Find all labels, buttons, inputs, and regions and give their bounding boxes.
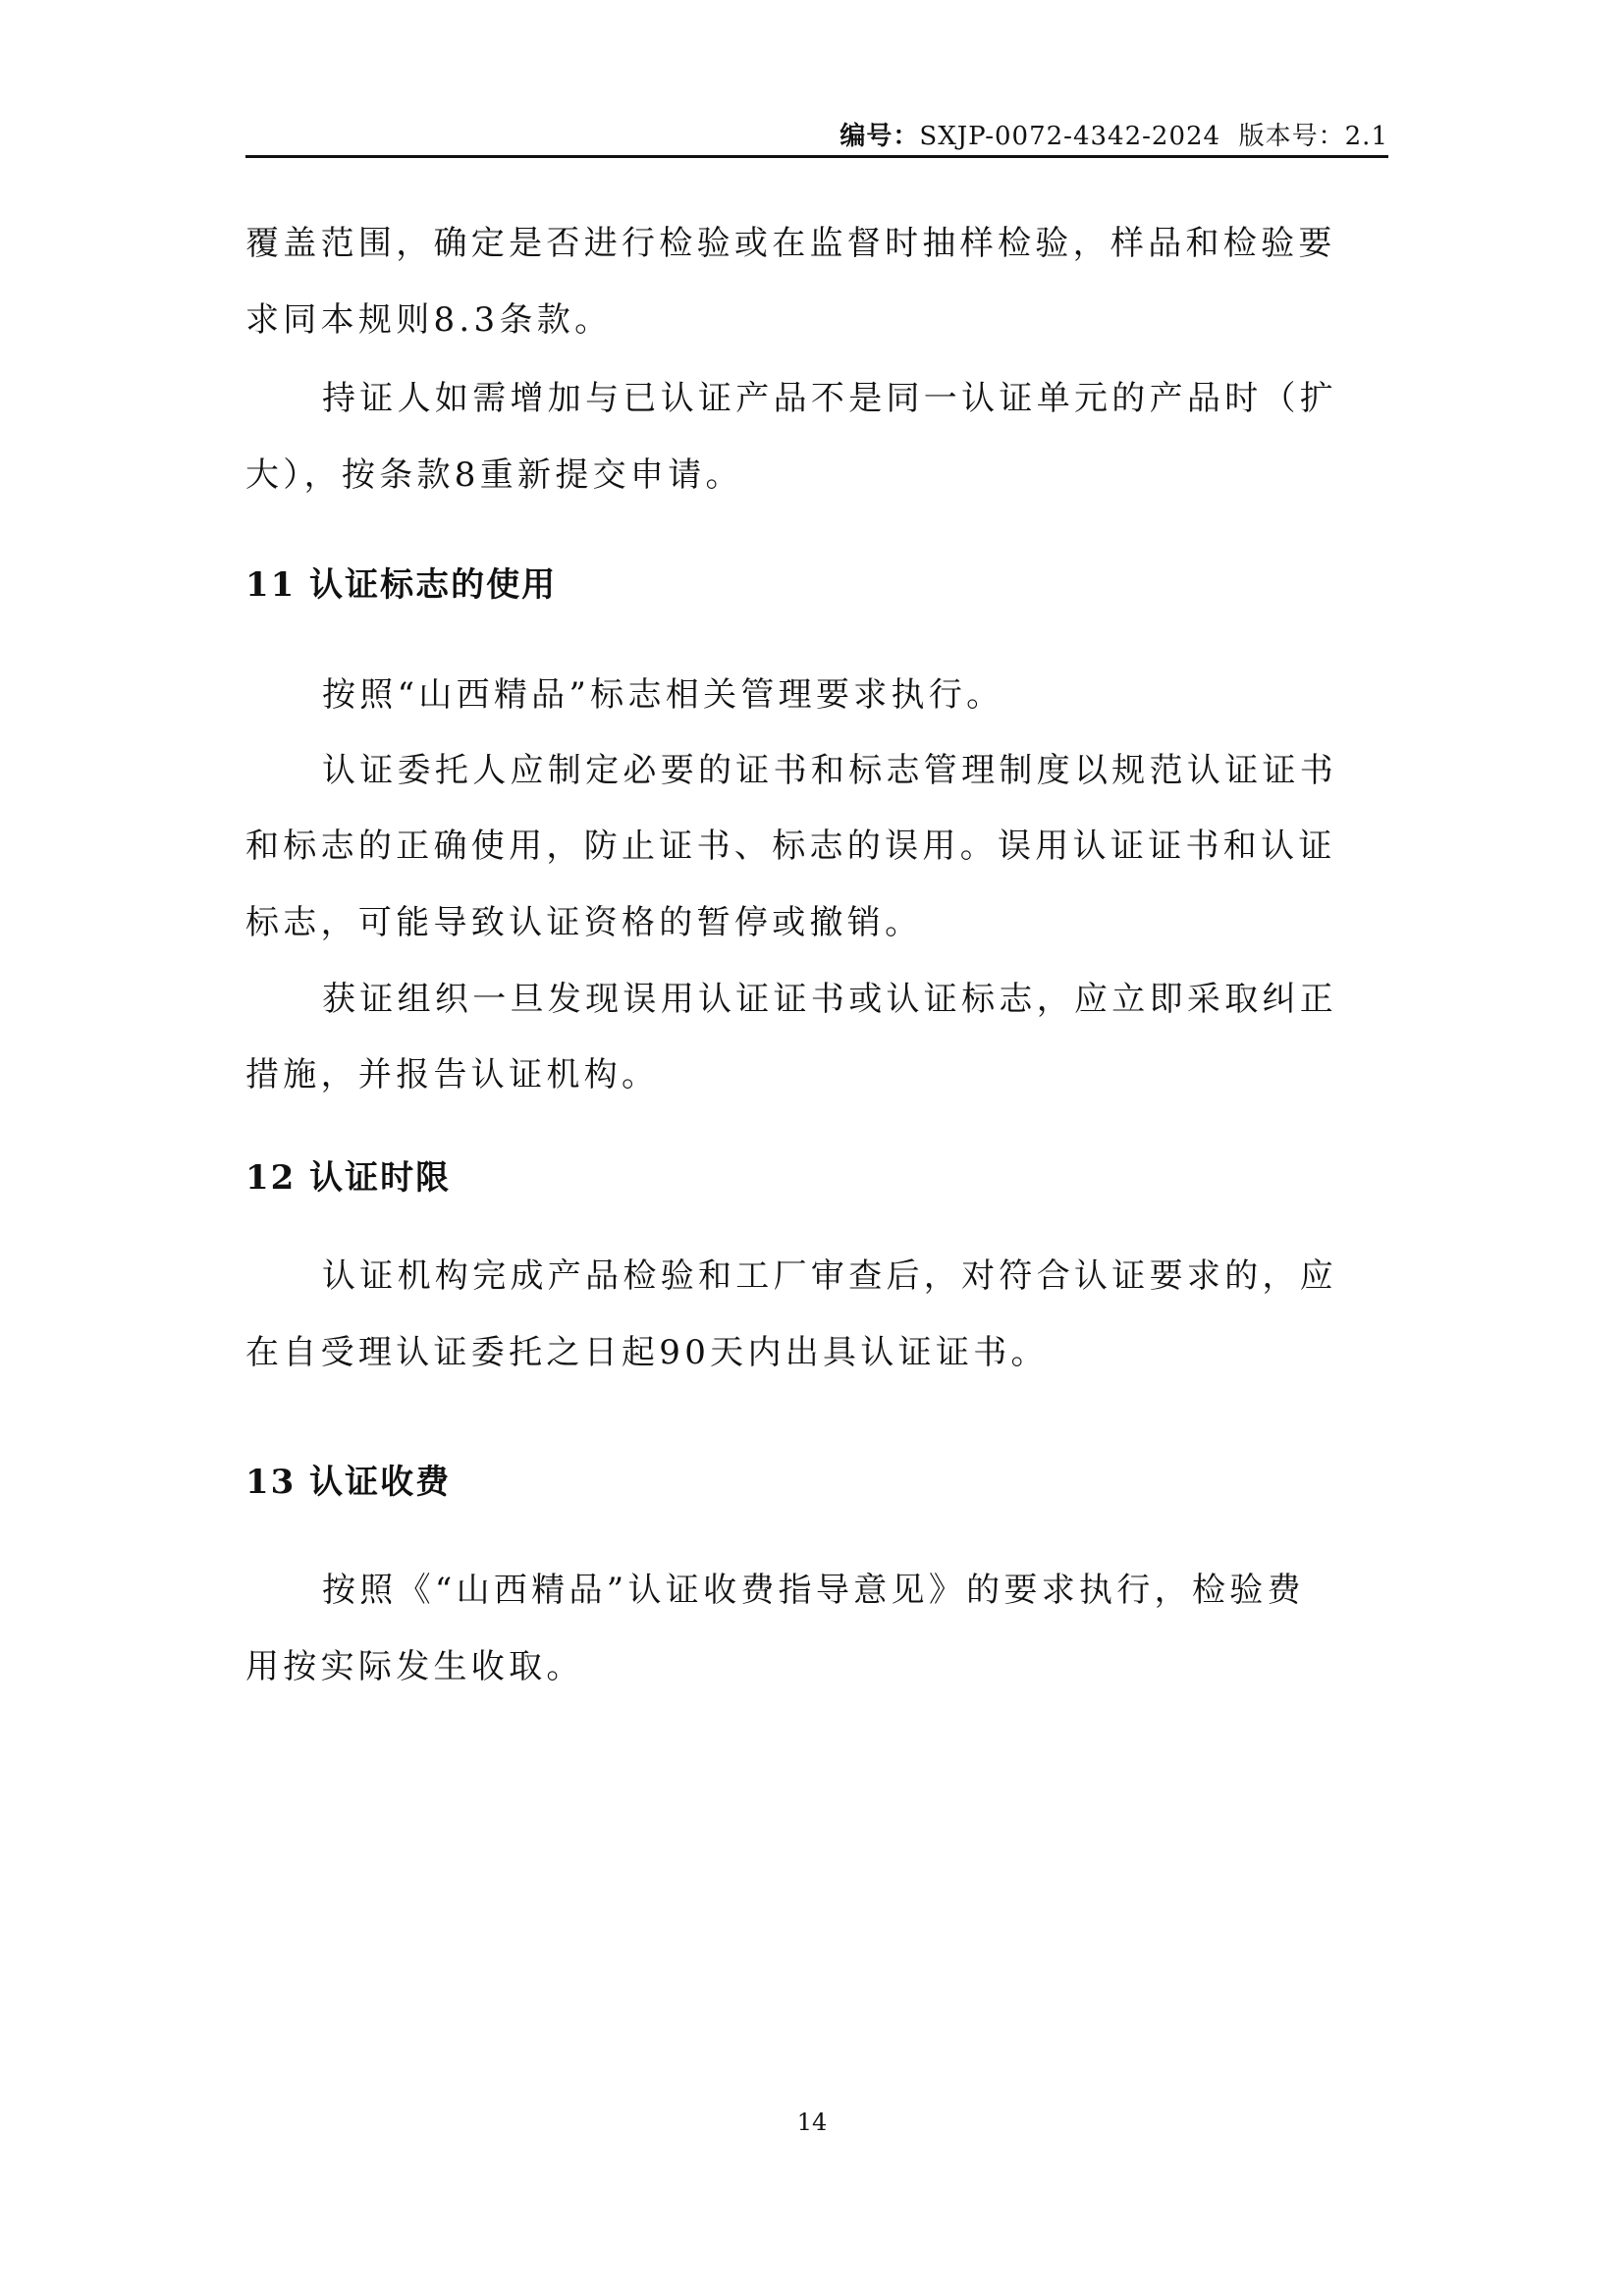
section-heading-12: 12 认证时限 <box>245 1158 1388 1198</box>
section-heading-13: 13 认证收费 <box>245 1463 1388 1502</box>
paragraph-line: 大），按条款8重新提交申请。 <box>245 455 1388 495</box>
paragraph-line: 用按实际发生收取。 <box>245 1647 1388 1686</box>
doc-number: SXJP-0072-4342-2024 <box>919 122 1220 151</box>
doc-number-label: 编号： <box>839 122 919 151</box>
paragraph-line: 获证组织一旦发现误用认证证书或认证标志，应立即采取纠正 <box>245 980 1465 1019</box>
paragraph-line: 认证机构完成产品检验和工厂审查后，对符合认证要求的，应 <box>245 1256 1465 1296</box>
page-number: 14 <box>0 2109 1624 2136</box>
paragraph-line: 求同本规则8.3条款。 <box>245 300 1388 340</box>
paragraph-line: 在自受理认证委托之日起90天内出具认证证书。 <box>245 1333 1388 1372</box>
paragraph-line: 按照《“山西精品”认证收费指导意见》的要求执行，检验费 <box>245 1571 1465 1610</box>
header-rule <box>245 155 1388 158</box>
version-label: 版本号： <box>1239 122 1345 151</box>
paragraph-line: 标志，可能导致认证资格的暂停或撤销。 <box>245 903 1388 942</box>
paragraph-line: 持证人如需增加与已认证产品不是同一认证单元的产品时（扩 <box>245 379 1465 418</box>
paragraph-line: 按照“山西精品”标志相关管理要求执行。 <box>245 675 1465 715</box>
paragraph-line: 认证委托人应制定必要的证书和标志管理制度以规范认证证书 <box>245 751 1465 790</box>
version-number: 2.1 <box>1345 122 1388 151</box>
section-heading-11: 11 认证标志的使用 <box>245 565 1388 605</box>
paragraph-line: 和标志的正确使用，防止证书、标志的误用。误用认证证书和认证 <box>245 827 1388 866</box>
paragraph-line: 覆盖范围，确定是否进行检验或在监督时抽样检验，样品和检验要 <box>245 224 1388 263</box>
paragraph-line: 措施，并报告认证机构。 <box>245 1055 1388 1095</box>
document-header: 编号：SXJP-0072-4342-2024 版本号：2.1 <box>245 116 1388 152</box>
